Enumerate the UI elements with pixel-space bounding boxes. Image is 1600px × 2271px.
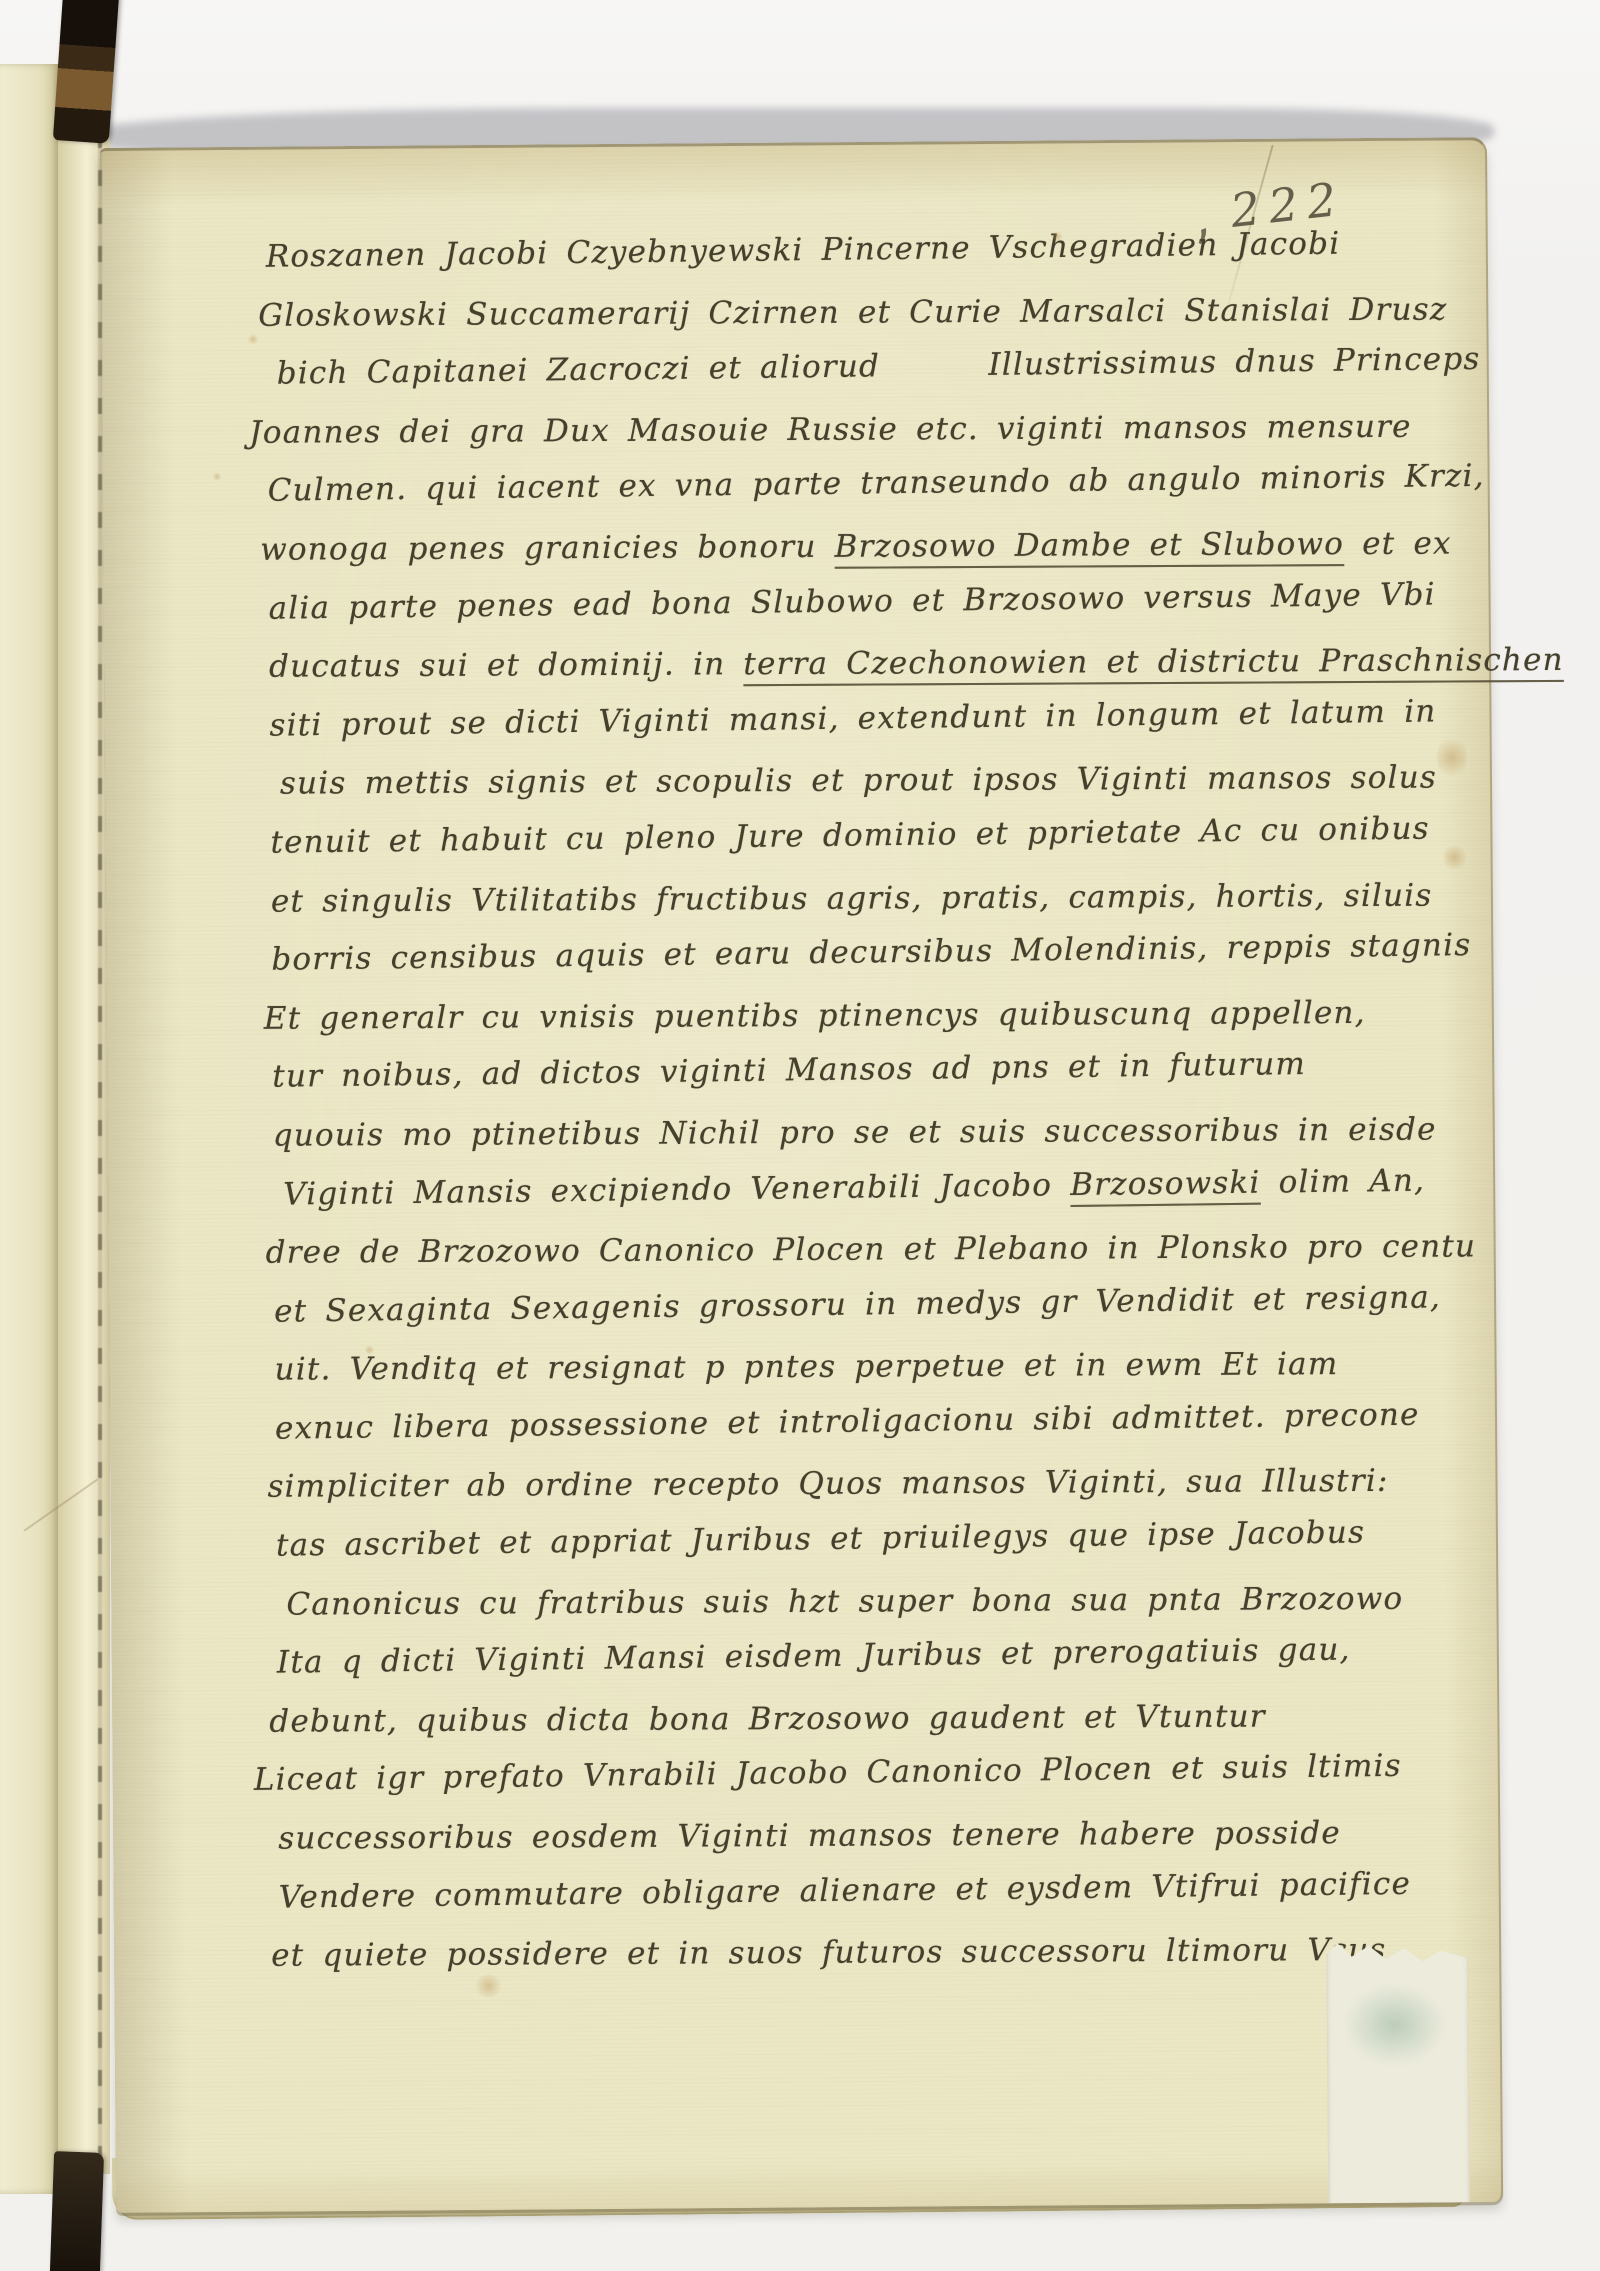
text-segment: exnuc libera possessione et introligacio… bbox=[275, 1397, 1420, 1447]
text-segment: suis mettis signis et scopulis et prout … bbox=[280, 760, 1437, 802]
text-segment: et singulis Vtilitatibs fructibus agris,… bbox=[271, 877, 1433, 919]
text-line: Roszanen Jacobi Czyebnyewski Pincerne Vs… bbox=[266, 213, 1457, 286]
text-segment: Vendere commutare obligare alienare et e… bbox=[279, 1865, 1412, 1915]
patch-smudge bbox=[1344, 1984, 1445, 2065]
text-segment: et quiete possidere et in suos futuros s… bbox=[271, 1932, 1386, 1974]
foxing-stain bbox=[472, 1975, 504, 1997]
text-segment: Ita q dicti Viginti Mansi eisdem Juribus… bbox=[277, 1632, 1351, 1681]
previous-page-edge bbox=[0, 64, 60, 2194]
text-segment: uit. Venditq et resignat p pntes perpetu… bbox=[275, 1346, 1339, 1388]
text-block: Roszanen Jacobi Czyebnyewski Pincerne Vs… bbox=[266, 218, 1470, 1985]
binding-strap-top bbox=[53, 0, 119, 144]
foxing-stain bbox=[1437, 734, 1467, 780]
repair-patch bbox=[1326, 1934, 1470, 2203]
binding-strap-bottom bbox=[50, 2151, 104, 2271]
text-segment: ducatus sui et dominij. in bbox=[269, 646, 743, 684]
text-segment: simpliciter ab ordine recepto Quos manso… bbox=[267, 1463, 1388, 1505]
foxing-stain bbox=[247, 334, 258, 345]
text-segment: et ex bbox=[1344, 525, 1452, 562]
text-segment: tas ascribet et appriat Juribus et priui… bbox=[276, 1514, 1366, 1563]
gutter-crack-line bbox=[98, 132, 102, 2162]
underlined-text: Brzosowo Dambe et Slubowo bbox=[835, 526, 1345, 565]
text-segment: dree de Brzozowo Canonico Plocen et Pleb… bbox=[266, 1228, 1477, 1270]
text-segment: Culmen. qui iacent ex vna parte transeun… bbox=[267, 458, 1484, 509]
manuscript-page: , 222 Roszanen Jacobi Czyebnyewski Pince… bbox=[100, 137, 1503, 2213]
foxing-stain bbox=[364, 1345, 374, 1355]
foxing-stain bbox=[1051, 231, 1064, 241]
text-segment: tenuit et habuit cu pleno Jure dominio e… bbox=[270, 810, 1430, 860]
underlined-text: Brzosowski bbox=[1070, 1164, 1261, 1202]
text-segment: borris censibus aquis et earu decursibus… bbox=[271, 927, 1471, 978]
text-segment: wonoga penes granicies bonoru bbox=[260, 529, 835, 568]
text-segment: Gloskowski Succamerarij Czirnen et Curie… bbox=[258, 291, 1447, 333]
text-segment: Liceat igr prefato Vnrabili Jacobo Canon… bbox=[254, 1748, 1402, 1798]
text-segment: quouis mo ptinetibus Nichil pro se et su… bbox=[273, 1111, 1437, 1153]
text-segment: siti prout se dicti Viginti mansi, exten… bbox=[269, 693, 1436, 743]
foxing-stain bbox=[213, 472, 222, 481]
text-segment: olim An, bbox=[1260, 1162, 1425, 1200]
text-segment: Roszanen Jacobi Czyebnyewski Pincerne Vs… bbox=[266, 226, 1341, 275]
text-segment: alia parte penes ead bona Slubowo et Brz… bbox=[268, 576, 1436, 626]
text-segment: debunt, quibus dicta bona Brzosowo gaude… bbox=[269, 1698, 1266, 1739]
text-segment: et Sexaginta Sexagenis grossoru in medys… bbox=[274, 1279, 1441, 1329]
underlined-text: terra Czechonowien et districtu Praschni… bbox=[743, 642, 1564, 682]
text-segment: Et generalr cu vnisis puentibs ptinencys… bbox=[264, 995, 1366, 1037]
manuscript-scan: , 222 Roszanen Jacobi Czyebnyewski Pince… bbox=[0, 0, 1600, 2271]
foxing-stain bbox=[1443, 842, 1465, 872]
text-segment: tur noibus, ad dictos viginti Mansos ad … bbox=[272, 1046, 1306, 1095]
text-segment: Joannes dei gra Dux Masouie Russie etc. … bbox=[249, 409, 1412, 451]
text-segment: bich Capitanei Zacroczi et aliorud Illus… bbox=[277, 341, 1481, 392]
text-line: et quiete possidere et in suos futuros s… bbox=[271, 1921, 1469, 1986]
text-segment: Canonicus cu fratribus suis hzt super bo… bbox=[286, 1580, 1403, 1622]
text-segment: successoribus eosdem Viginti mansos tene… bbox=[278, 1815, 1341, 1857]
text-segment: Viginti Mansis excipiendo Venerabili Jac… bbox=[283, 1166, 1070, 1212]
